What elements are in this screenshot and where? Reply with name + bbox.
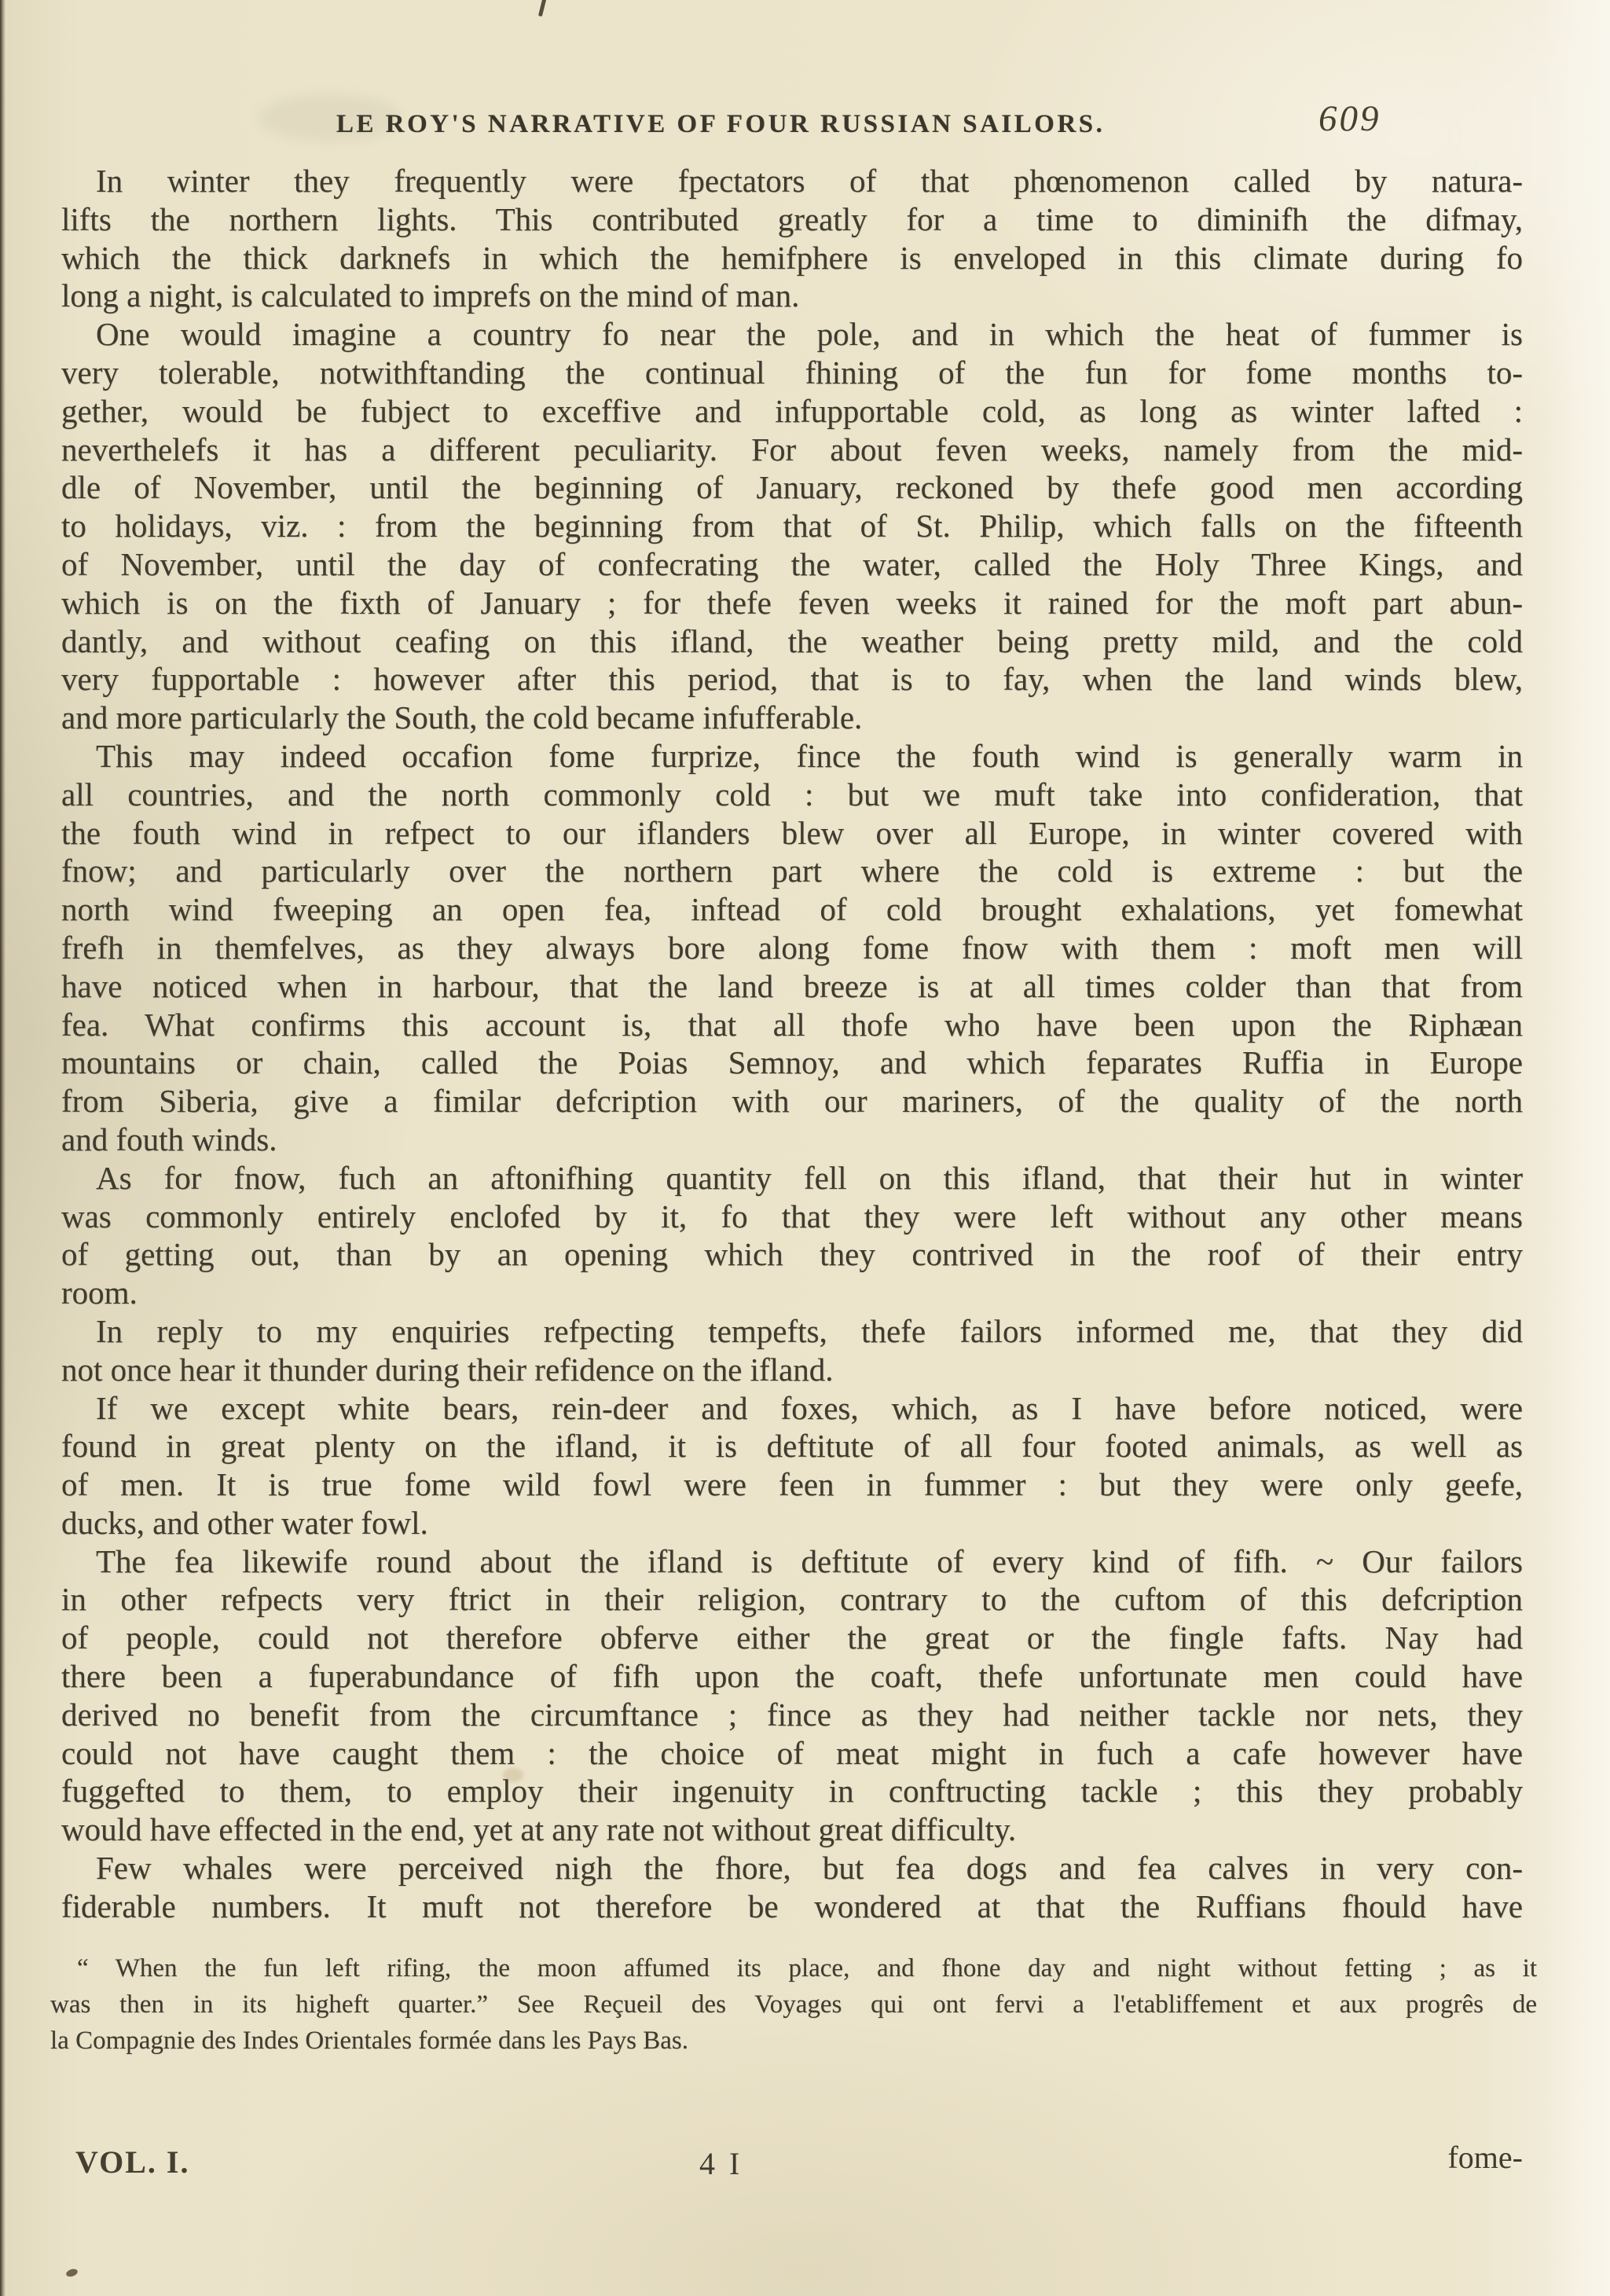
text-line: which the thick darknefs in which the he… bbox=[61, 239, 1523, 277]
text-line: gether, would be fubject to exceffive an… bbox=[61, 392, 1523, 431]
text-line: In reply to my enquiries refpecting temp… bbox=[61, 1312, 1523, 1351]
text-line: could not have caught them : the choice … bbox=[61, 1734, 1523, 1773]
text-line: frefh in themfelves, as they always bore… bbox=[61, 929, 1523, 967]
page-footer: VOL. I. 4 I fome- bbox=[61, 2139, 1545, 2186]
text-line: In winter they frequently were fpectator… bbox=[61, 162, 1523, 200]
paragraph: The fea likewife round about the ifland … bbox=[61, 1542, 1523, 1849]
text-line: lifts the northern lights. This contribu… bbox=[61, 200, 1523, 239]
text-line: One would imagine a country fo near the … bbox=[61, 315, 1523, 354]
text-line: fuggefted to them, to employ their ingen… bbox=[61, 1772, 1523, 1810]
text-line: very tolerable, notwithftanding the cont… bbox=[61, 354, 1523, 392]
text-line: fnow; and particularly over the northern… bbox=[61, 852, 1523, 890]
scan-mark-top bbox=[538, 0, 547, 17]
text-line: of people, could not therefore obferve e… bbox=[61, 1619, 1523, 1657]
text-line: fea. What confirms this account is, that… bbox=[61, 1006, 1523, 1044]
paragraph: In reply to my enquiries refpecting temp… bbox=[61, 1312, 1523, 1389]
text-line: not once hear it thunder during their re… bbox=[61, 1351, 1523, 1389]
text-line: If we except white bears, rein-deer and … bbox=[61, 1389, 1523, 1428]
text-line: ducks, and other water fowl. bbox=[61, 1504, 1523, 1542]
text-line: which is on the fixth of January ; for t… bbox=[61, 584, 1523, 622]
paragraph: One would imagine a country fo near the … bbox=[61, 315, 1523, 737]
text-line: and fouth winds. bbox=[61, 1120, 1523, 1159]
text-line: Few whales were perceived nigh the fhore… bbox=[61, 1849, 1523, 1887]
paragraph: This may indeed occafion fome furprize, … bbox=[61, 737, 1523, 1159]
text-line: mountains or chain, called the Poias Sem… bbox=[61, 1043, 1523, 1082]
ink-speck bbox=[65, 2268, 79, 2278]
text-line: “ When the fun left rifing, the moon aff… bbox=[50, 1950, 1537, 1986]
text-line: This may indeed occafion fome furprize, … bbox=[61, 737, 1523, 776]
running-header: LE ROY'S NARRATIVE OF FOUR RUSSIAN SAILO… bbox=[61, 104, 1546, 159]
text-line: of November, until the day of confecrati… bbox=[61, 545, 1523, 584]
paragraph: In winter they frequently were fpectator… bbox=[61, 162, 1523, 315]
text-line: room. bbox=[61, 1274, 1523, 1312]
paragraph: If we except white bears, rein-deer and … bbox=[61, 1389, 1523, 1542]
running-header-title: LE ROY'S NARRATIVE OF FOUR RUSSIAN SAILO… bbox=[336, 110, 1105, 139]
text-line: would have effected in the end, yet at a… bbox=[61, 1810, 1523, 1849]
text-line: from Siberia, give a fimilar defcription… bbox=[61, 1082, 1523, 1120]
text-line: of men. It is true fome wild fowl were f… bbox=[61, 1465, 1523, 1504]
signature-mark: 4 I bbox=[699, 2145, 743, 2182]
text-line: all countries, and the north commonly co… bbox=[61, 776, 1523, 814]
text-line: fiderable numbers. It muft not therefore… bbox=[61, 1887, 1523, 1926]
book-page: LE ROY'S NARRATIVE OF FOUR RUSSIAN SAILO… bbox=[0, 0, 1610, 2296]
page-left-edge-shadow bbox=[0, 0, 6, 2296]
text-line: dle of November, until the beginning of … bbox=[61, 468, 1523, 507]
text-line: to holidays, viz. : from the beginning f… bbox=[61, 507, 1523, 545]
text-line: very fupportable : however after this pe… bbox=[61, 660, 1523, 699]
text-line: dantly, and without ceafing on this ifla… bbox=[61, 622, 1523, 661]
text-line: the fouth wind in refpect to our iflande… bbox=[61, 814, 1523, 853]
page-number: 609 bbox=[1318, 97, 1381, 140]
text-line: of getting out, than by an opening which… bbox=[61, 1235, 1523, 1274]
volume-label: VOL. I. bbox=[75, 2144, 189, 2180]
text-line: As for fnow, fuch an aftonifhing quantit… bbox=[61, 1159, 1523, 1198]
text-line: north wind fweeping an open fea, inftead… bbox=[61, 890, 1523, 929]
text-line: was commonly entirely enclofed by it, fo… bbox=[61, 1198, 1523, 1236]
paragraph: As for fnow, fuch an aftonifhing quantit… bbox=[61, 1159, 1523, 1312]
text-line: and more particularly the South, the col… bbox=[61, 699, 1523, 737]
footnote: “ When the fun left rifing, the moon aff… bbox=[50, 1950, 1537, 2059]
text-line: was then in its higheft quarter.” See Re… bbox=[50, 1986, 1537, 2023]
text-line: found in great plenty on the ifland, it … bbox=[61, 1427, 1523, 1465]
paragraph: Few whales were perceived nigh the fhore… bbox=[61, 1849, 1523, 1926]
text-line: have noticed when in harbour, that the l… bbox=[61, 967, 1523, 1006]
text-line: long a night, is calculated to imprefs o… bbox=[61, 277, 1523, 315]
catchword: fome- bbox=[1447, 2139, 1523, 2176]
text-body: In winter they frequently were fpectator… bbox=[61, 162, 1523, 1926]
text-line: in other refpects very ftrict in their r… bbox=[61, 1580, 1523, 1619]
text-line: there been a fuperabundance of fifh upon… bbox=[61, 1657, 1523, 1696]
text-line: The fea likewife round about the ifland … bbox=[61, 1542, 1523, 1581]
text-line: derived no benefit from the circumftance… bbox=[61, 1696, 1523, 1734]
text-line: neverthelefs it has a different peculiar… bbox=[61, 431, 1523, 469]
text-line: la Compagnie des Indes Orientales formée… bbox=[50, 2023, 1537, 2059]
page-right-edge-highlight bbox=[1543, 0, 1610, 2296]
